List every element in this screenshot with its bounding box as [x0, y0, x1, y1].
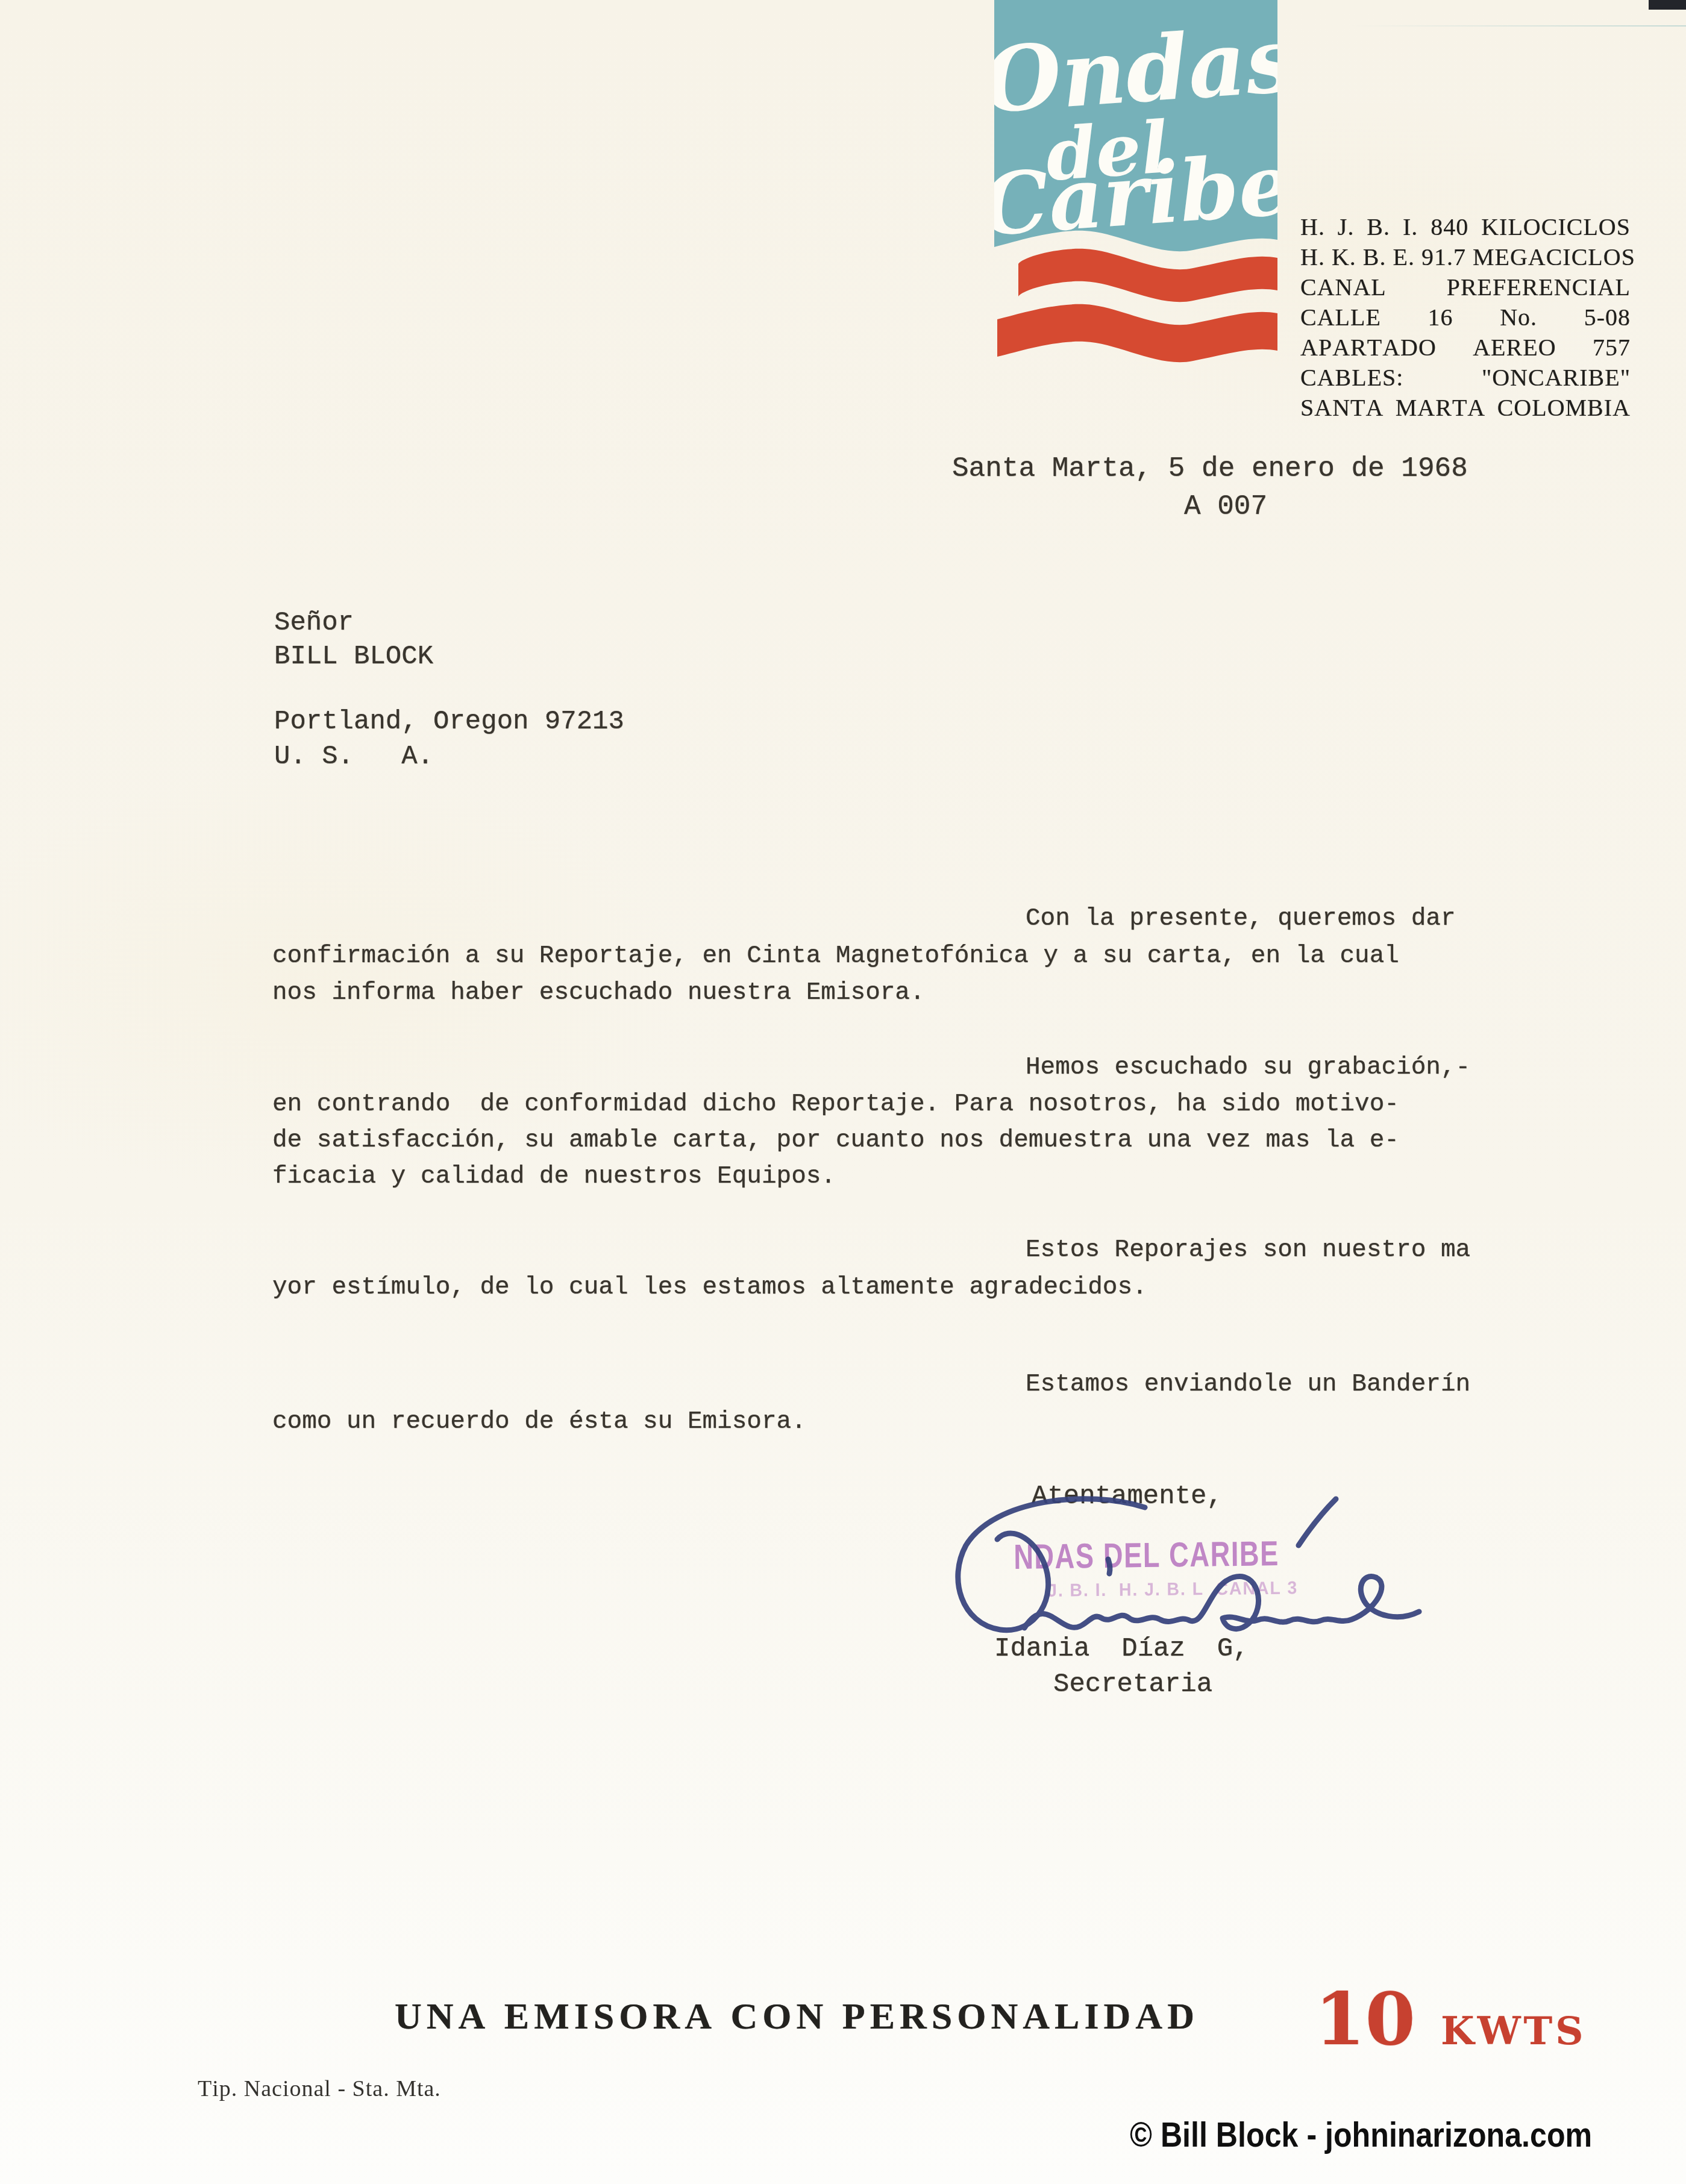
letterhead-info-line: H. K. B. E. 91.7 MEGACICLOS [1300, 242, 1631, 272]
power-unit: KWTS [1441, 2012, 1586, 2051]
letterhead-info-line: CALLE 16 No. 5-08 [1300, 302, 1631, 333]
reference-number: A 007 [1184, 493, 1267, 521]
signer-title: Secretaria [1053, 1671, 1212, 1698]
logo-word-3: Caribe [994, 135, 1277, 255]
signature-scribble [1024, 1576, 1419, 1629]
signer-name: Idania Díaz G, [994, 1636, 1249, 1662]
letterhead-info-line: APARTADO AEREO 757 [1300, 333, 1631, 363]
body-line: Estamos enviandole un Banderín [1026, 1372, 1470, 1397]
body-line: Con la presente, queremos dar [1026, 907, 1456, 931]
scan-artifact-line [1350, 25, 1686, 27]
scan-artifact-corner [1649, 0, 1686, 10]
body-line: Estos Reporajes son nuestro ma [1026, 1238, 1470, 1263]
letterhead-info-block: H. J. B. I. 840 KILOCICLOS H. K. B. E. 9… [1300, 212, 1631, 423]
letterhead-info-line: H. J. B. I. 840 KILOCICLOS [1300, 212, 1631, 242]
signature-loop [958, 1499, 1145, 1630]
body-line: Hemos escuchado su grabación,- [1026, 1056, 1470, 1080]
recipient-salutation: Señor [274, 610, 354, 636]
recipient-name: BILL BLOCK [274, 643, 433, 670]
copyright-watermark: © Bill Block - johninarizona.com [1130, 2118, 1592, 2153]
printer-credit: Tip. Nacional - Sta. Mta. [198, 2077, 441, 2100]
body-line: ficacia y calidad de nuestros Equipos. [272, 1165, 836, 1189]
body-line: yor estímulo, de lo cual les estamos alt… [272, 1275, 1147, 1300]
dateline: Santa Marta, 5 de enero de 1968 [952, 455, 1468, 483]
scanned-letter-page: Ondas del Caribe H. J. B. I. 840 KILOCIC… [0, 0, 1686, 2184]
body-line: de satisfacción, su amable carta, por cu… [272, 1128, 1399, 1153]
body-line: como un recuerdo de ésta su Emisora. [272, 1410, 806, 1435]
power-number: 10 [1315, 1983, 1415, 2056]
recipient-address: Portland, Oregon 97213 [274, 709, 624, 735]
station-slogan: UNA EMISORA CON PERSONALIDAD [395, 1998, 1199, 2035]
letterhead-info-line: SANTA MARTA COLOMBIA [1300, 393, 1631, 423]
body-line: nos informa haber escuchado nuestra Emis… [272, 981, 925, 1006]
body-line: en contrando de conformidad dicho Report… [272, 1092, 1399, 1117]
signature-dot [1108, 1559, 1110, 1574]
signature-tick [1299, 1499, 1336, 1545]
power-badge: 10 KWTS [1315, 1983, 1586, 2056]
letterhead-info-line: CABLES: "ONCARIBE" [1300, 363, 1631, 393]
body-line: confirmación a su Reportaje, en Cinta Ma… [272, 944, 1399, 969]
logo-red-wave-2 [997, 304, 1277, 362]
logo-red-wave-1 [1018, 249, 1277, 302]
recipient-country: U. S. A. [274, 743, 433, 770]
letterhead-info-line: CANAL PREFERENCIAL [1300, 272, 1631, 302]
station-logo: Ondas del Caribe [994, 0, 1277, 422]
